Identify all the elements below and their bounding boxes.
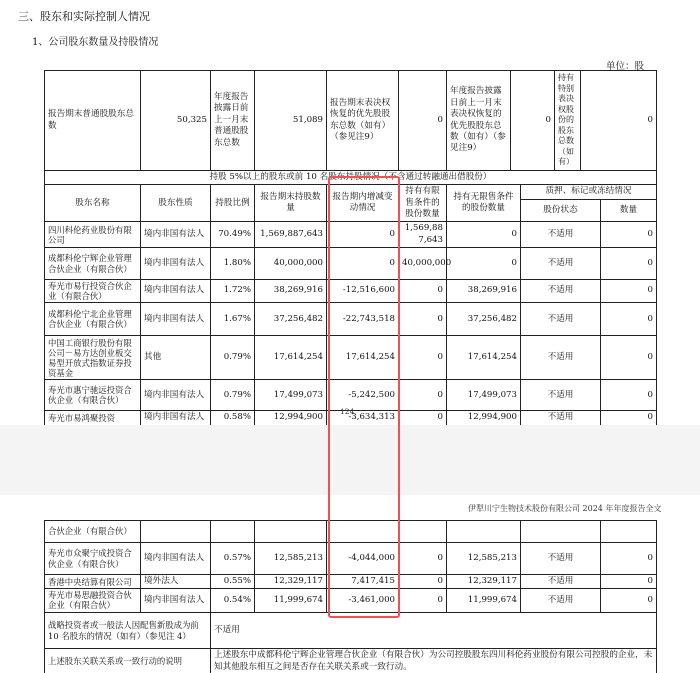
section-title: 三、股东和实际控制人情况 (18, 8, 150, 24)
header-change: 报告期内增减变动情况 (327, 185, 399, 222)
header-end-qty: 报告期末持股数量 (255, 185, 327, 222)
subsection-title: 1、公司股东数量及持股情况 (32, 33, 158, 48)
note-value-related-parties: 上述股东中成都科伦宁辉企业管理合伙企业（有限合伙）为公司控股股东四川科伦药业股份… (211, 649, 657, 673)
summary-label-special-voting: 持有特别表决权股份的股东总数（如有） (555, 71, 581, 171)
table-row: 中国工商银行股份有限公司－易方达创业板交易型开放式指数证券投资基金 其他 0.7… (45, 336, 657, 380)
summary-value-preferred-holders: 0 (399, 71, 447, 171)
summary-value-prev-month-preferred: 0 (511, 71, 555, 171)
header-name: 股东名称 (45, 185, 141, 222)
table-row: 成都科伦宁北企业管理合伙企业（有限合伙） 境内非国有法人 1.67% 37,25… (45, 303, 657, 336)
table-row: 合伙企业（有限合伙） (45, 521, 657, 543)
summary-label-prev-month-preferred: 年度报告披露日前上一月末表决权恢复的优先股股东总数（如有）（参见注9） (447, 71, 511, 171)
table-row: 寿光市易行投资合伙企业（有限合伙） 境内非国有法人 1.72% 38,269,9… (45, 280, 657, 303)
top-shareholders-table-continued: 合伙企业（有限合伙） 寿光市众聚宁成投资合伙企业（有限合伙） 境内非国有法人 0… (44, 520, 657, 613)
header-nature: 股东性质 (141, 185, 211, 222)
summary-label-common-holders: 报告期末普通股股东总数 (45, 71, 141, 171)
note-label-related-parties: 上述股东关联关系或一致行动的说明 (45, 649, 211, 673)
summary-label-preferred-holders: 报告期末表决权恢复的优先股股东总数（如有）（参见注9） (327, 71, 399, 171)
summary-label-prev-month-holders: 年度报告披露日前上一月末普通股股东总数 (211, 71, 255, 171)
shareholder-notes-table: 战略投资者或一般法人因配售新股成为前 10 名股东的情况（如有）（参见注 4） … (44, 612, 657, 673)
summary-value-prev-month-holders: 51,089 (255, 71, 327, 171)
note-label-strategic-investors: 战略投资者或一般法人因配售新股成为前 10 名股东的情况（如有）（参见注 4） (45, 613, 211, 649)
document-page-1: 三、股东和实际控制人情况 1、公司股东数量及持股情况 单位：股 报告期末普通股股… (0, 0, 700, 425)
table-row: 寿光市众聚宁成投资合伙企业（有限合伙） 境内非国有法人 0.57% 12,585… (45, 543, 657, 575)
table-caption: 持股 5%以上的股东或前 10 名股东持股情况（不含通过转融通出借股份） (45, 171, 657, 185)
header-restricted: 持有有限售条件的股份数量 (399, 185, 447, 222)
summary-value-special-voting: 0 (581, 71, 657, 171)
header-pledge-status: 股份状态 (521, 199, 601, 221)
top-shareholders-table: 持股 5%以上的股东或前 10 名股东持股情况（不含通过转融通出借股份） 股东名… (44, 170, 657, 426)
running-header: 伊犁川宁生物技术股份有限公司 2024 年年度报告全文 (468, 503, 661, 514)
summary-value-common-holders: 50,325 (141, 71, 211, 171)
shareholder-count-summary-table: 报告期末普通股股东总数 50,325 年度报告披露日前上一月末普通股股东总数 5… (44, 70, 657, 171)
header-pledge-group: 质押、标记或冻结情况 (521, 185, 657, 200)
header-ratio: 持股比例 (211, 185, 255, 222)
table-row: 香港中央结算有限公司 境外法人 0.55% 12,329,117 7,417,4… (45, 575, 657, 589)
header-pledge-qty: 数量 (601, 199, 657, 221)
header-unrestricted: 持有无限售条件的股份数量 (447, 185, 521, 222)
table-row: 寿光市易思融投资合伙企业（有限合伙） 境内非国有法人 0.54% 11,999,… (45, 589, 657, 612)
table-row: 成都科伦宁辉企业管理合伙企业（有限合伙） 境内非国有法人 1.80% 40,00… (45, 248, 657, 280)
page-gap (0, 425, 700, 495)
table-row: 四川科伦药业股份有限公司 境内非国有法人 70.49% 1,569,887,64… (45, 222, 657, 248)
page-number: 124 (340, 407, 354, 416)
note-value-strategic-investors: 不适用 (211, 613, 657, 649)
